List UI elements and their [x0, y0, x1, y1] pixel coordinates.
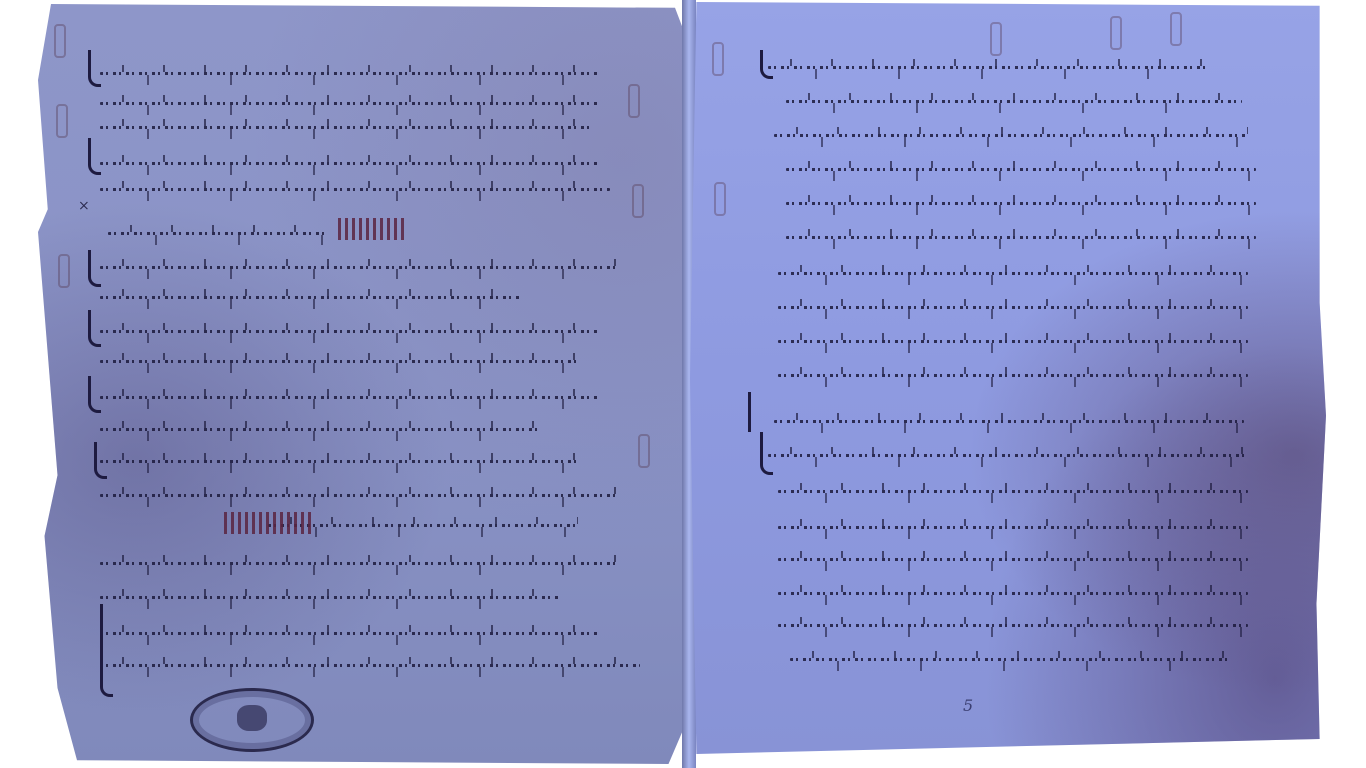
script-line	[768, 66, 1208, 69]
script-line	[100, 72, 598, 75]
script-line	[100, 396, 600, 399]
initial-letter	[100, 604, 113, 697]
undertext-trace	[58, 254, 70, 288]
script-line	[100, 266, 620, 269]
initial-letter	[88, 310, 101, 347]
undertext-trace	[712, 42, 724, 76]
script-line	[778, 490, 1248, 493]
script-line	[100, 126, 590, 129]
script-line	[100, 296, 520, 299]
library-stamp	[190, 688, 314, 752]
undertext-trace	[56, 104, 68, 138]
script-line	[786, 100, 1242, 103]
script-line	[100, 428, 540, 431]
rubric-heading	[338, 218, 408, 240]
script-line	[778, 526, 1248, 529]
script-line	[786, 236, 1256, 239]
script-line	[790, 658, 1230, 661]
initial-letter	[94, 442, 107, 479]
script-line	[100, 460, 580, 463]
initial-letter	[760, 432, 773, 475]
script-line	[778, 592, 1248, 595]
undertext-trace	[714, 182, 726, 216]
undertext-trace	[1110, 16, 1122, 50]
rubric-heading	[224, 512, 314, 534]
script-line	[778, 558, 1248, 561]
script-line	[100, 188, 610, 191]
stamp-emblem-icon	[237, 705, 267, 731]
script-line	[100, 494, 620, 497]
script-line	[786, 202, 1256, 205]
undertext-trace	[638, 434, 650, 468]
folio-number: 5	[963, 696, 973, 715]
initial-letter	[88, 138, 101, 175]
script-line	[100, 102, 598, 105]
initial-letter	[88, 50, 101, 87]
script-line	[774, 134, 1248, 137]
manuscript-left-page	[38, 4, 688, 764]
script-line	[100, 162, 600, 165]
undertext-trace	[54, 24, 66, 58]
script-line	[100, 562, 620, 565]
manuscript-right-page	[690, 2, 1326, 754]
script-line	[778, 624, 1248, 627]
initial-letter	[88, 376, 101, 413]
margin-mark: ×	[78, 198, 90, 214]
script-line	[778, 272, 1248, 275]
initial-letter	[88, 250, 101, 287]
script-line	[100, 596, 560, 599]
initial-letter	[748, 392, 751, 432]
undertext-trace	[628, 84, 640, 118]
script-line	[778, 306, 1248, 309]
script-line	[778, 374, 1248, 377]
script-line	[100, 664, 640, 667]
script-line	[778, 340, 1248, 343]
undertext-trace	[990, 22, 1002, 56]
script-line	[774, 420, 1244, 423]
script-line	[768, 454, 1248, 457]
script-line	[100, 330, 600, 333]
undertext-trace	[1170, 12, 1182, 46]
script-line	[268, 524, 578, 527]
initial-letter	[760, 50, 773, 79]
script-line	[100, 360, 580, 363]
undertext-trace	[632, 184, 644, 218]
script-line	[108, 232, 328, 235]
script-line	[100, 632, 600, 635]
script-line	[786, 168, 1256, 171]
